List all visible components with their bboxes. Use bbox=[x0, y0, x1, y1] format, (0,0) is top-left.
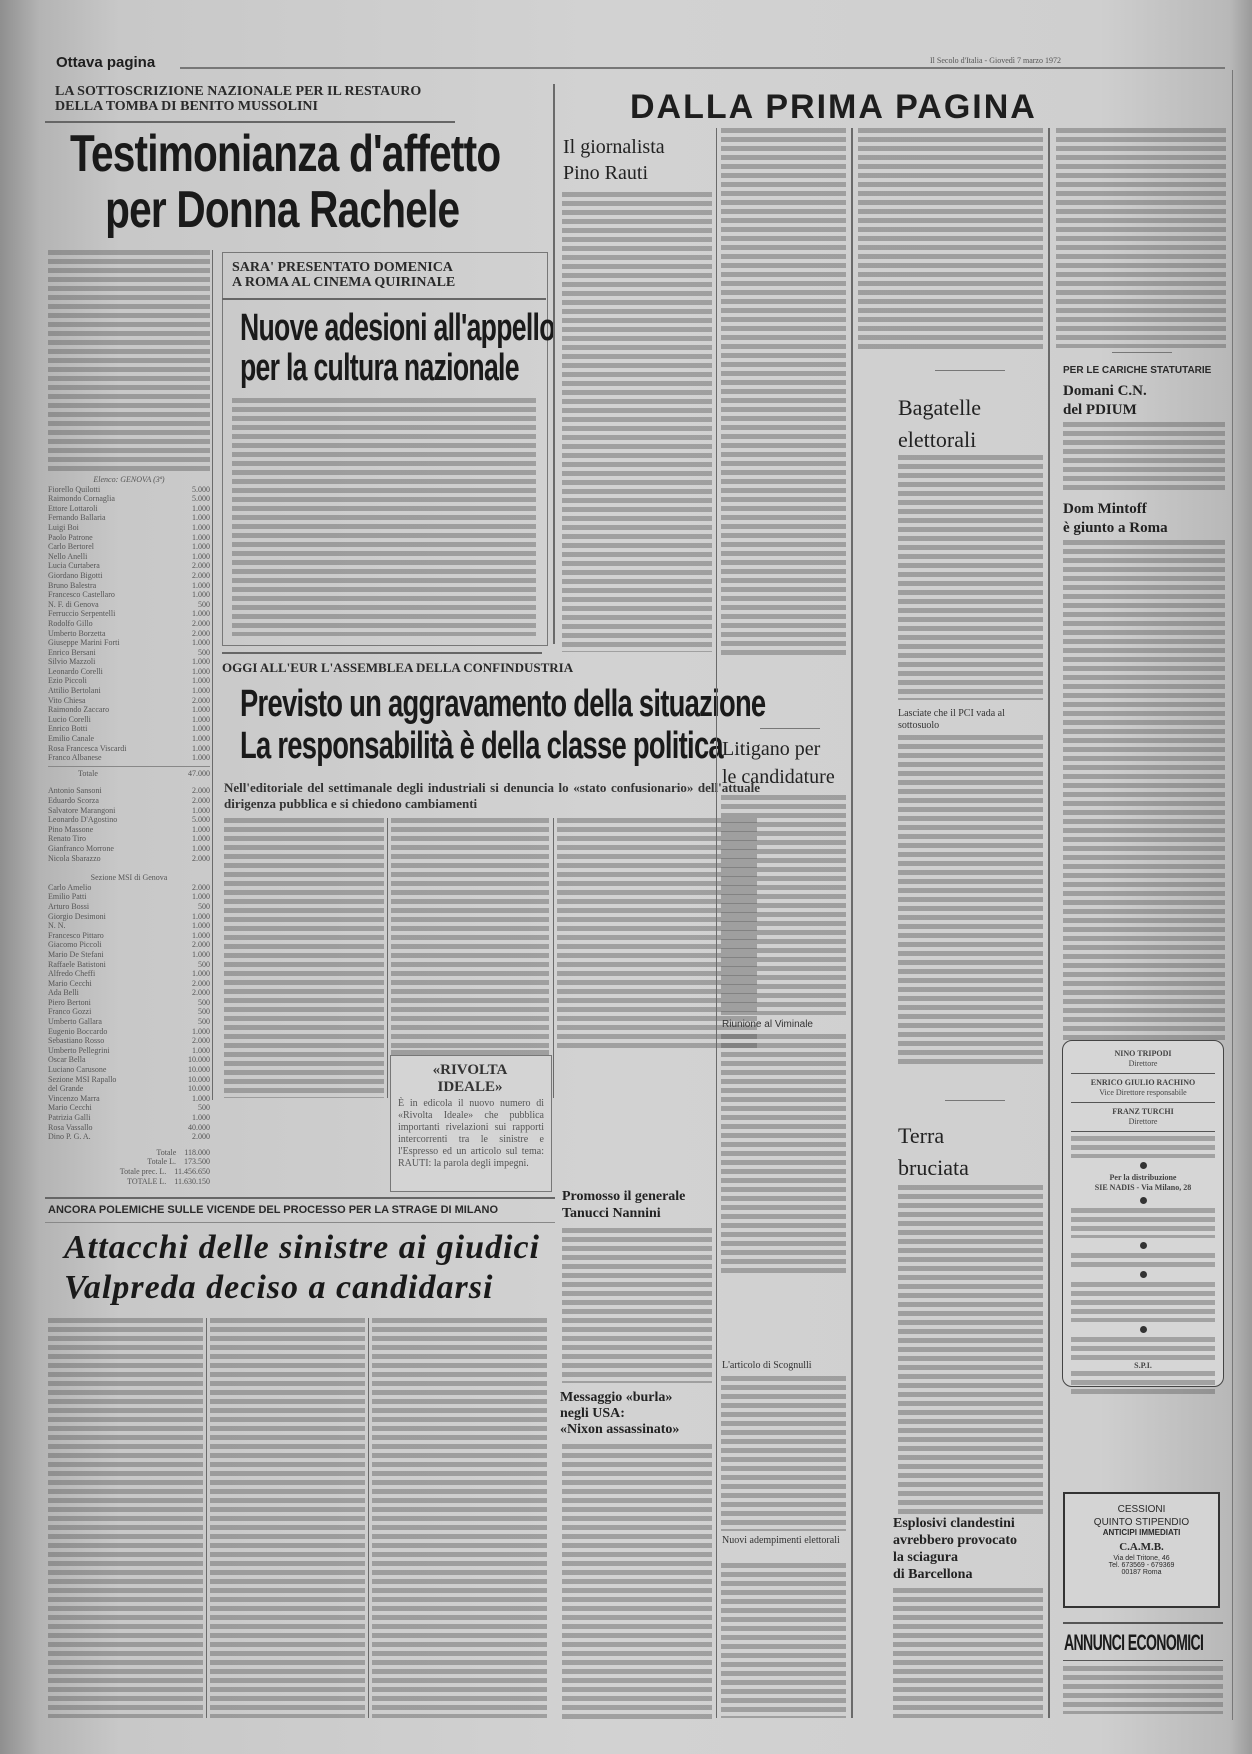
bullet-icon bbox=[1140, 1271, 1147, 1278]
donor-name: Mario Cecchi bbox=[48, 979, 92, 989]
headline-line: del PDIUM bbox=[1063, 401, 1147, 420]
donor-name: Luigi Boi bbox=[48, 523, 79, 533]
kicker-rule bbox=[45, 1222, 555, 1223]
donor-name: Eugenio Boccardo bbox=[48, 1027, 107, 1037]
donor-name: Vincenzo Marra bbox=[48, 1094, 100, 1104]
donor-name: Salvatore Marangoni bbox=[48, 806, 115, 816]
donor-row: Fiorello Quilotti5.000 bbox=[48, 485, 210, 495]
donor-amount: 1.000 bbox=[192, 1094, 210, 1104]
donor-amount: 1.000 bbox=[192, 609, 210, 619]
ad-text bbox=[1071, 1371, 1215, 1395]
rivolta-text: È in edicola il nuovo numero di «Rivolta… bbox=[398, 1098, 544, 1170]
pdium-kicker: Per le cariche statutarie bbox=[1063, 365, 1211, 376]
donor-row: Rodolfo Gillo2.000 bbox=[48, 619, 210, 629]
column-rule bbox=[368, 1318, 369, 1718]
donor-name: Emilio Canale bbox=[48, 734, 94, 744]
donor-amount: 2.000 bbox=[192, 988, 210, 998]
bullet-icon bbox=[1140, 1162, 1147, 1169]
donor-name: Giorgio Desimoni bbox=[48, 912, 106, 922]
col2-body-top bbox=[721, 128, 846, 658]
headline-line: Attacchi delle sinistre ai giudici bbox=[64, 1228, 540, 1268]
donor-name: Ettore Lottaroli bbox=[48, 504, 98, 514]
section-rule bbox=[45, 1197, 555, 1199]
nuovi-subhead: Nuovi adempimenti elettorali bbox=[722, 1535, 842, 1547]
donor-name: Franco Gozzi bbox=[48, 1007, 91, 1017]
donor-name: Ezio Piccoli bbox=[48, 676, 87, 686]
headline-line: negli USA: bbox=[560, 1406, 679, 1422]
donor-name: Leonardo D'Agostino bbox=[48, 815, 117, 825]
donor-name: Nello Anelli bbox=[48, 552, 87, 562]
headline-line: le candidature bbox=[722, 763, 835, 791]
column-rule bbox=[553, 818, 554, 1098]
donor-row: Eduardo Scorza2.000 bbox=[48, 796, 210, 806]
ad-line: 00187 Roma bbox=[1065, 1569, 1218, 1576]
headline-line: Il giornalista bbox=[563, 134, 665, 160]
donor-row: Leonardo Corelli1.000 bbox=[48, 667, 210, 677]
donor-amount: 1.000 bbox=[192, 705, 210, 715]
donor-row: Francesco Pittaro1.000 bbox=[48, 931, 210, 941]
section-rule bbox=[222, 652, 542, 654]
donor-amount: 1.000 bbox=[192, 686, 210, 696]
donor-amount: 5.000 bbox=[192, 485, 210, 495]
rachele-headline: Testimonianza d'affetto per Donna Rachel… bbox=[70, 126, 630, 238]
donor-amount: 2.000 bbox=[192, 629, 210, 639]
headline-line: Previsto un aggravamento della situazion… bbox=[240, 683, 765, 725]
donor-amount: 1.000 bbox=[192, 590, 210, 600]
donor-name: Franco Albanese bbox=[48, 753, 102, 763]
donor-name: Rodolfo Gillo bbox=[48, 619, 93, 629]
donor-name: Mario Cecchi bbox=[48, 1103, 92, 1113]
donor-name: Mario De Stefani bbox=[48, 950, 104, 960]
headline-line: avrebbero provocato bbox=[893, 1532, 1017, 1549]
terra-body bbox=[898, 1185, 1043, 1515]
litigano-body bbox=[721, 795, 846, 1015]
donor-row: Alfredo Cheffi1.000 bbox=[48, 969, 210, 979]
bagatelle-body bbox=[898, 455, 1043, 700]
donor-row: Giuseppe Marini Forti1.000 bbox=[48, 638, 210, 648]
headline-line: Dom Mintoff bbox=[1063, 500, 1168, 519]
donor-name: Alfredo Cheffi bbox=[48, 969, 95, 979]
rachele-kicker: La sottoscrizione nazionale per il resta… bbox=[55, 84, 465, 114]
ad-line: Tel. 673569 - 679369 bbox=[1065, 1562, 1218, 1569]
donor-row: Paolo Patrone1.000 bbox=[48, 533, 210, 543]
litigano-headline: Litigano per le candidature bbox=[722, 735, 835, 791]
headline-line: Testimonianza d'affetto bbox=[70, 126, 507, 182]
valpreda-body-col1 bbox=[48, 1318, 203, 1718]
cultura-headline: Nuove adesioni all'appello per la cultur… bbox=[240, 308, 550, 388]
donor-name: Attilio Bertolani bbox=[48, 686, 101, 696]
donor-amount: 40.000 bbox=[188, 1123, 210, 1133]
donor-amount: 500 bbox=[198, 600, 210, 610]
donor-row: Nello Anelli1.000 bbox=[48, 552, 210, 562]
ad-name: ENRICO GIULIO RACHINO bbox=[1063, 1078, 1223, 1088]
valpreda-body-col3 bbox=[372, 1318, 547, 1718]
donor-amount: 10.000 bbox=[188, 1075, 210, 1085]
donor-name: Rosa Francesca Viscardi bbox=[48, 744, 126, 754]
donor-amount: 1.000 bbox=[192, 969, 210, 979]
donor-amount: 500 bbox=[198, 902, 210, 912]
donor-amount: 10.000 bbox=[188, 1084, 210, 1094]
pdium-headline: Domani C.N. del PDIUM bbox=[1063, 382, 1147, 420]
donor-amount: 500 bbox=[198, 648, 210, 658]
column-rule bbox=[206, 1318, 207, 1718]
donor-row: Leonardo D'Agostino5.000 bbox=[48, 815, 210, 825]
lasciate-subhead: Lasciate che il PCI vada al sottosuolo bbox=[898, 708, 1038, 732]
bullet-icon bbox=[1140, 1326, 1147, 1333]
cessioni-ad: CESSIONI QUINTO STIPENDIO ANTICIPI IMMED… bbox=[1063, 1492, 1220, 1608]
donor-name: Francesco Castellaro bbox=[48, 590, 115, 600]
terra-headline: Terra bruciata bbox=[898, 1120, 969, 1184]
valpreda-headline: Attacchi delle sinistre ai giudici Valpr… bbox=[64, 1228, 540, 1308]
donor-name: Umberto Pellegrini bbox=[48, 1046, 110, 1056]
donor-name: Fernando Ballaria bbox=[48, 513, 106, 523]
donor-amount: 1.000 bbox=[192, 931, 210, 941]
donor-row: Carlo Bertorel1.000 bbox=[48, 542, 210, 552]
valpreda-kicker: Ancora polemiche sulle vicende del proce… bbox=[48, 1204, 498, 1216]
donor-name: del Grande bbox=[48, 1084, 83, 1094]
donor-name: Lucia Curtabera bbox=[48, 561, 100, 571]
donor-name: Rosa Vassallo bbox=[48, 1123, 93, 1133]
donor-row: Vito Chiesa2.000 bbox=[48, 696, 210, 706]
donor-amount: 1.000 bbox=[192, 676, 210, 686]
donor-amount: 1.000 bbox=[192, 657, 210, 667]
headline-line: Nuove adesioni all'appello bbox=[240, 308, 457, 348]
donor-name: Piero Bertoni bbox=[48, 998, 91, 1008]
donor-name: Dino P. G. A. bbox=[48, 1132, 91, 1142]
headline-line: Litigano per bbox=[722, 735, 835, 763]
donor-amount: 1.000 bbox=[192, 734, 210, 744]
confindustria-body-col2 bbox=[391, 818, 549, 1048]
ad-company: S.P.I. bbox=[1063, 1361, 1223, 1371]
donor-name: Lucio Corelli bbox=[48, 715, 91, 725]
headline-line: bruciata bbox=[898, 1152, 969, 1184]
separator bbox=[1112, 352, 1172, 353]
subtotal-row: Totale47.000 bbox=[48, 766, 210, 779]
donor-name: Carlo Bertorel bbox=[48, 542, 94, 552]
ad-name: FRANZ TURCHI bbox=[1063, 1107, 1223, 1117]
donor-amount: 10.000 bbox=[188, 1055, 210, 1065]
donor-name: Enrico Bersani bbox=[48, 648, 96, 658]
donor-name: Bruno Balestra bbox=[48, 581, 96, 591]
donor-amount: 2.000 bbox=[192, 696, 210, 706]
donor-row: Rosa Vassallo40.000 bbox=[48, 1123, 210, 1133]
donor-name: Oscar Bella bbox=[48, 1055, 86, 1065]
donor-amount: 1.000 bbox=[192, 533, 210, 543]
headline-line: Domani C.N. bbox=[1063, 382, 1147, 401]
donor-row: Bruno Balestra1.000 bbox=[48, 581, 210, 591]
ad-text: Per la distribuzione bbox=[1063, 1173, 1223, 1183]
donor-amount: 1.000 bbox=[192, 504, 210, 514]
headline-line: elettorali bbox=[898, 424, 981, 456]
column-rule bbox=[212, 250, 213, 1100]
donor-name: Giacomo Piccoli bbox=[48, 940, 102, 950]
donor-row: Attilio Bertolani1.000 bbox=[48, 686, 210, 696]
donor-amount: 2.000 bbox=[192, 940, 210, 950]
donor-row: Luciano Carusone10.000 bbox=[48, 1065, 210, 1075]
donor-name: Sezione MSI Rapallo bbox=[48, 1075, 116, 1085]
classified-rule bbox=[1063, 1660, 1223, 1661]
donor-amount: 1.000 bbox=[192, 744, 210, 754]
column-rule bbox=[716, 128, 717, 1718]
donor-row: Nicola Sbarazzo2.000 bbox=[48, 854, 210, 864]
messaggio-headline: Messaggio «burla» negli USA: «Nixon assa… bbox=[560, 1390, 679, 1438]
donor-row: Arturo Bossi500 bbox=[48, 902, 210, 912]
donor-row: Renato Tiro1.000 bbox=[48, 834, 210, 844]
donor-amount: 1.000 bbox=[192, 513, 210, 523]
donor-amount: 500 bbox=[198, 1017, 210, 1027]
donor-row: Raffaele Batistoni500 bbox=[48, 960, 210, 970]
donor-amount: 1.000 bbox=[192, 912, 210, 922]
donor-amount: 2.000 bbox=[192, 796, 210, 806]
mintoff-headline: Dom Mintoff è giunto a Roma bbox=[1063, 500, 1168, 538]
donor-row: Giacomo Piccoli2.000 bbox=[48, 940, 210, 950]
masthead-ad-box: NINO TRIPODI Direttore ENRICO GIULIO RAC… bbox=[1062, 1040, 1224, 1387]
donor-name: Antonio Sansoni bbox=[48, 786, 102, 796]
articolo-body bbox=[721, 1376, 846, 1531]
bullet-icon bbox=[1140, 1197, 1147, 1204]
donor-amount: 2.000 bbox=[192, 1132, 210, 1142]
ad-line: QUINTO STIPENDIO bbox=[1065, 1517, 1218, 1528]
donor-name: Fiorello Quilotti bbox=[48, 485, 100, 495]
donor-amount: 1.000 bbox=[192, 806, 210, 816]
riunione-subhead: Riunione al Viminale bbox=[722, 1019, 813, 1030]
bullet-icon bbox=[1140, 1242, 1147, 1249]
classified-body bbox=[1063, 1666, 1223, 1714]
ad-text bbox=[1071, 1136, 1215, 1158]
headline-line: Pino Rauti bbox=[563, 160, 665, 186]
donor-name: Francesco Pittaro bbox=[48, 931, 104, 941]
articolo-subhead: L'articolo di Scognulli bbox=[722, 1360, 812, 1371]
donor-amount: 1.000 bbox=[192, 724, 210, 734]
donor-row: Emilio Canale1.000 bbox=[48, 734, 210, 744]
title-line: IDEALE» bbox=[390, 1079, 550, 1096]
classified-rule bbox=[1063, 1622, 1223, 1624]
confindustria-headline: Previsto un aggravamento della situazion… bbox=[240, 683, 970, 767]
donor-row: Francesco Castellaro1.000 bbox=[48, 590, 210, 600]
donor-row: N. N.1.000 bbox=[48, 921, 210, 931]
col4-body-top bbox=[1056, 128, 1226, 348]
donor-name: Umberto Borzetta bbox=[48, 629, 106, 639]
donor-row: Antonio Sansoni2.000 bbox=[48, 786, 210, 796]
confindustria-body-col1 bbox=[224, 818, 384, 1098]
donor-row: Ezio Piccoli1.000 bbox=[48, 676, 210, 686]
donor-row: Rosa Francesca Viscardi1.000 bbox=[48, 744, 210, 754]
donor-name: Eduardo Scorza bbox=[48, 796, 99, 806]
donor-row: Ettore Lottaroli1.000 bbox=[48, 504, 210, 514]
donor-amount: 1.000 bbox=[192, 581, 210, 591]
donor-row: Raimondo Cornaglia5.000 bbox=[48, 494, 210, 504]
donor-amount: 1.000 bbox=[192, 1046, 210, 1056]
donor-list: Elenco: GENOVA (3ª) Fiorello Quilotti5.0… bbox=[48, 475, 210, 1186]
donor-name: Nicola Sbarazzo bbox=[48, 854, 101, 864]
donor-row: Sebastiano Rosso2.000 bbox=[48, 1036, 210, 1046]
ad-line: C.A.M.B. bbox=[1065, 1541, 1218, 1553]
separator bbox=[760, 728, 820, 729]
kicker-rule bbox=[45, 121, 455, 123]
donor-name: Raimondo Zaccaro bbox=[48, 705, 109, 715]
donor-name: Pino Massone bbox=[48, 825, 93, 835]
headline-line: La responsabilità è della classe politic… bbox=[240, 725, 765, 767]
donor-row: Ada Belli2.000 bbox=[48, 988, 210, 998]
donor-row: Luigi Boi1.000 bbox=[48, 523, 210, 533]
column-rule bbox=[553, 84, 555, 644]
donor-amount: 2.000 bbox=[192, 619, 210, 629]
ad-text: SIE NADIS - Via Milano, 28 bbox=[1063, 1183, 1223, 1193]
pdium-body bbox=[1063, 422, 1225, 490]
donor-row: Silvio Mazzoli1.000 bbox=[48, 657, 210, 667]
total-row: Totale prec. L.11.456.650 bbox=[48, 1167, 210, 1177]
donor-amount: 1.000 bbox=[192, 892, 210, 902]
donor-row: Raimondo Zaccaro1.000 bbox=[48, 705, 210, 715]
riunione-body bbox=[721, 1034, 846, 1274]
ad-line: CESSIONI bbox=[1065, 1504, 1218, 1515]
esplosivi-headline: Esplosivi clandestini avrebbero provocat… bbox=[893, 1515, 1017, 1583]
donor-row: Giorgio Desimoni1.000 bbox=[48, 912, 210, 922]
rachele-body bbox=[48, 250, 210, 472]
donor-amount: 1.000 bbox=[192, 834, 210, 844]
donor-amount: 1.000 bbox=[192, 638, 210, 648]
headline-line: è giunto a Roma bbox=[1063, 519, 1168, 538]
donor-row: N. F. di Genova500 bbox=[48, 600, 210, 610]
confindustria-kicker: Oggi all'EUR l'assemblea della Confindus… bbox=[222, 660, 573, 676]
donor-row: Giordano Bigotti2.000 bbox=[48, 571, 210, 581]
donor-row: Mario De Stefani1.000 bbox=[48, 950, 210, 960]
total-row: TOTALE L.11.630.150 bbox=[48, 1177, 210, 1187]
donor-name: Carlo Amelio bbox=[48, 883, 91, 893]
donor-amount: 2.000 bbox=[192, 1036, 210, 1046]
ad-sub: Direttore bbox=[1063, 1117, 1223, 1127]
donor-row: Sezione MSI Rapallo10.000 bbox=[48, 1075, 210, 1085]
valpreda-body-col2 bbox=[210, 1318, 365, 1718]
donor-amount: 500 bbox=[198, 1007, 210, 1017]
donor-name: Giuseppe Marini Forti bbox=[48, 638, 120, 648]
donor-name: Renato Tiro bbox=[48, 834, 86, 844]
donor-amount: 2.000 bbox=[192, 979, 210, 989]
donor-row: Eugenio Boccardo1.000 bbox=[48, 1027, 210, 1037]
classified-title: ANNUNCI ECONOMICI bbox=[1064, 1630, 1203, 1656]
donor-amount: 10.000 bbox=[188, 1065, 210, 1075]
donor-row: Enrico Botti1.000 bbox=[48, 724, 210, 734]
donor-name: Enrico Botti bbox=[48, 724, 87, 734]
total-row: Totale118.000 bbox=[48, 1148, 210, 1158]
ad-sub: Vice Direttore responsabile bbox=[1063, 1088, 1223, 1098]
rauti-headline: Il giornalista Pino Rauti bbox=[563, 134, 665, 186]
cultura-kicker: Sara' presentato domenica a Roma al cine… bbox=[232, 260, 455, 290]
headline-line: Bagatelle bbox=[898, 392, 981, 424]
ad-text bbox=[1071, 1208, 1215, 1238]
total-row: Totale L.173.500 bbox=[48, 1157, 210, 1167]
donor-name: Ada Belli bbox=[48, 988, 79, 998]
donor-name: Gianfranco Morrone bbox=[48, 844, 114, 854]
donor-row: Salvatore Marangoni1.000 bbox=[48, 806, 210, 816]
donor-row: Gianfranco Morrone1.000 bbox=[48, 844, 210, 854]
ad-text bbox=[1071, 1337, 1215, 1361]
donor-row: Emilio Patti1.000 bbox=[48, 892, 210, 902]
promosso-body bbox=[562, 1228, 712, 1383]
donor-amount: 2.000 bbox=[192, 786, 210, 796]
donor-amount: 1.000 bbox=[192, 753, 210, 763]
donor-name: Raimondo Cornaglia bbox=[48, 494, 115, 504]
donor-name: Raffaele Batistoni bbox=[48, 960, 106, 970]
donor-name: Leonardo Corelli bbox=[48, 667, 103, 677]
donor-row: Piero Bertoni500 bbox=[48, 998, 210, 1008]
headline-line: Messaggio «burla» bbox=[560, 1390, 679, 1406]
rivolta-title: «RIVOLTA IDEALE» bbox=[390, 1062, 550, 1096]
kicker-line: a Roma al cinema Quirinale bbox=[232, 275, 455, 290]
donor-row: Umberto Borzetta2.000 bbox=[48, 629, 210, 639]
donor-name: Paolo Patrone bbox=[48, 533, 93, 543]
col3-body-top bbox=[858, 128, 1043, 353]
ad-text bbox=[1071, 1253, 1215, 1267]
donor-name: Vito Chiesa bbox=[48, 696, 86, 706]
donor-name: Umberto Gallara bbox=[48, 1017, 102, 1027]
title-line: «RIVOLTA bbox=[390, 1062, 550, 1079]
masthead-rule bbox=[180, 67, 1225, 69]
donor-name: Arturo Bossi bbox=[48, 902, 89, 912]
esplosivi-body bbox=[893, 1588, 1043, 1718]
column-rule bbox=[851, 128, 853, 1718]
donor-row: Franco Gozzi500 bbox=[48, 1007, 210, 1017]
donor-amount: 1.000 bbox=[192, 1113, 210, 1123]
donor-amount: 500 bbox=[198, 960, 210, 970]
donor-amount: 1.000 bbox=[192, 844, 210, 854]
donor-amount: 2.000 bbox=[192, 883, 210, 893]
donor-row: Mario Cecchi500 bbox=[48, 1103, 210, 1113]
donor-amount: 2.000 bbox=[192, 571, 210, 581]
donor-row: Carlo Amelio2.000 bbox=[48, 883, 210, 893]
donor-row: Ferruccio Serpentelli1.000 bbox=[48, 609, 210, 619]
kicker-rule bbox=[222, 298, 546, 300]
lasciate-body bbox=[898, 735, 1043, 1065]
headline-line: Esplosivi clandestini bbox=[893, 1515, 1017, 1532]
section-label: Ottava pagina bbox=[56, 54, 155, 71]
rauti-body bbox=[562, 192, 712, 652]
headline-line: la sciagura bbox=[893, 1549, 1017, 1566]
list-section-label: Sezione MSI di Genova bbox=[48, 873, 210, 883]
donor-row: Fernando Ballaria1.000 bbox=[48, 513, 210, 523]
donor-name: Luciano Carusone bbox=[48, 1065, 106, 1075]
donor-amount: 500 bbox=[198, 998, 210, 1008]
kicker-line: Sara' presentato domenica bbox=[232, 260, 455, 275]
page-edge bbox=[1232, 70, 1233, 1720]
donor-amount: 1.000 bbox=[192, 667, 210, 677]
list-title: Elenco: GENOVA (3ª) bbox=[48, 475, 210, 485]
mintoff-body bbox=[1063, 540, 1225, 1040]
column-rule bbox=[1048, 128, 1050, 1718]
ad-text bbox=[1071, 1282, 1215, 1322]
headline-line: per la cultura nazionale bbox=[240, 348, 457, 388]
donor-amount: 1.000 bbox=[192, 825, 210, 835]
separator bbox=[945, 1100, 1005, 1101]
donor-row: Enrico Bersani500 bbox=[48, 648, 210, 658]
donor-name: N. N. bbox=[48, 921, 66, 931]
donor-amount: 5.000 bbox=[192, 815, 210, 825]
cultura-body bbox=[232, 398, 536, 636]
headline-line: di Barcellona bbox=[893, 1566, 1017, 1583]
donor-row: Vincenzo Marra1.000 bbox=[48, 1094, 210, 1104]
donor-name: Sebastiano Rosso bbox=[48, 1036, 104, 1046]
donor-name: Silvio Mazzoli bbox=[48, 657, 95, 667]
promosso-headline: Promosso il generale Tanucci Nannini bbox=[562, 1188, 685, 1222]
donor-row: Umberto Gallara500 bbox=[48, 1017, 210, 1027]
donor-name: Ferruccio Serpentelli bbox=[48, 609, 115, 619]
donor-row: Franco Albanese1.000 bbox=[48, 753, 210, 763]
donor-row: Umberto Pellegrini1.000 bbox=[48, 1046, 210, 1056]
separator bbox=[935, 370, 1005, 371]
donor-row: Dino P. G. A.2.000 bbox=[48, 1132, 210, 1142]
donor-row: Mario Cecchi2.000 bbox=[48, 979, 210, 989]
messaggio-body bbox=[562, 1444, 712, 1719]
